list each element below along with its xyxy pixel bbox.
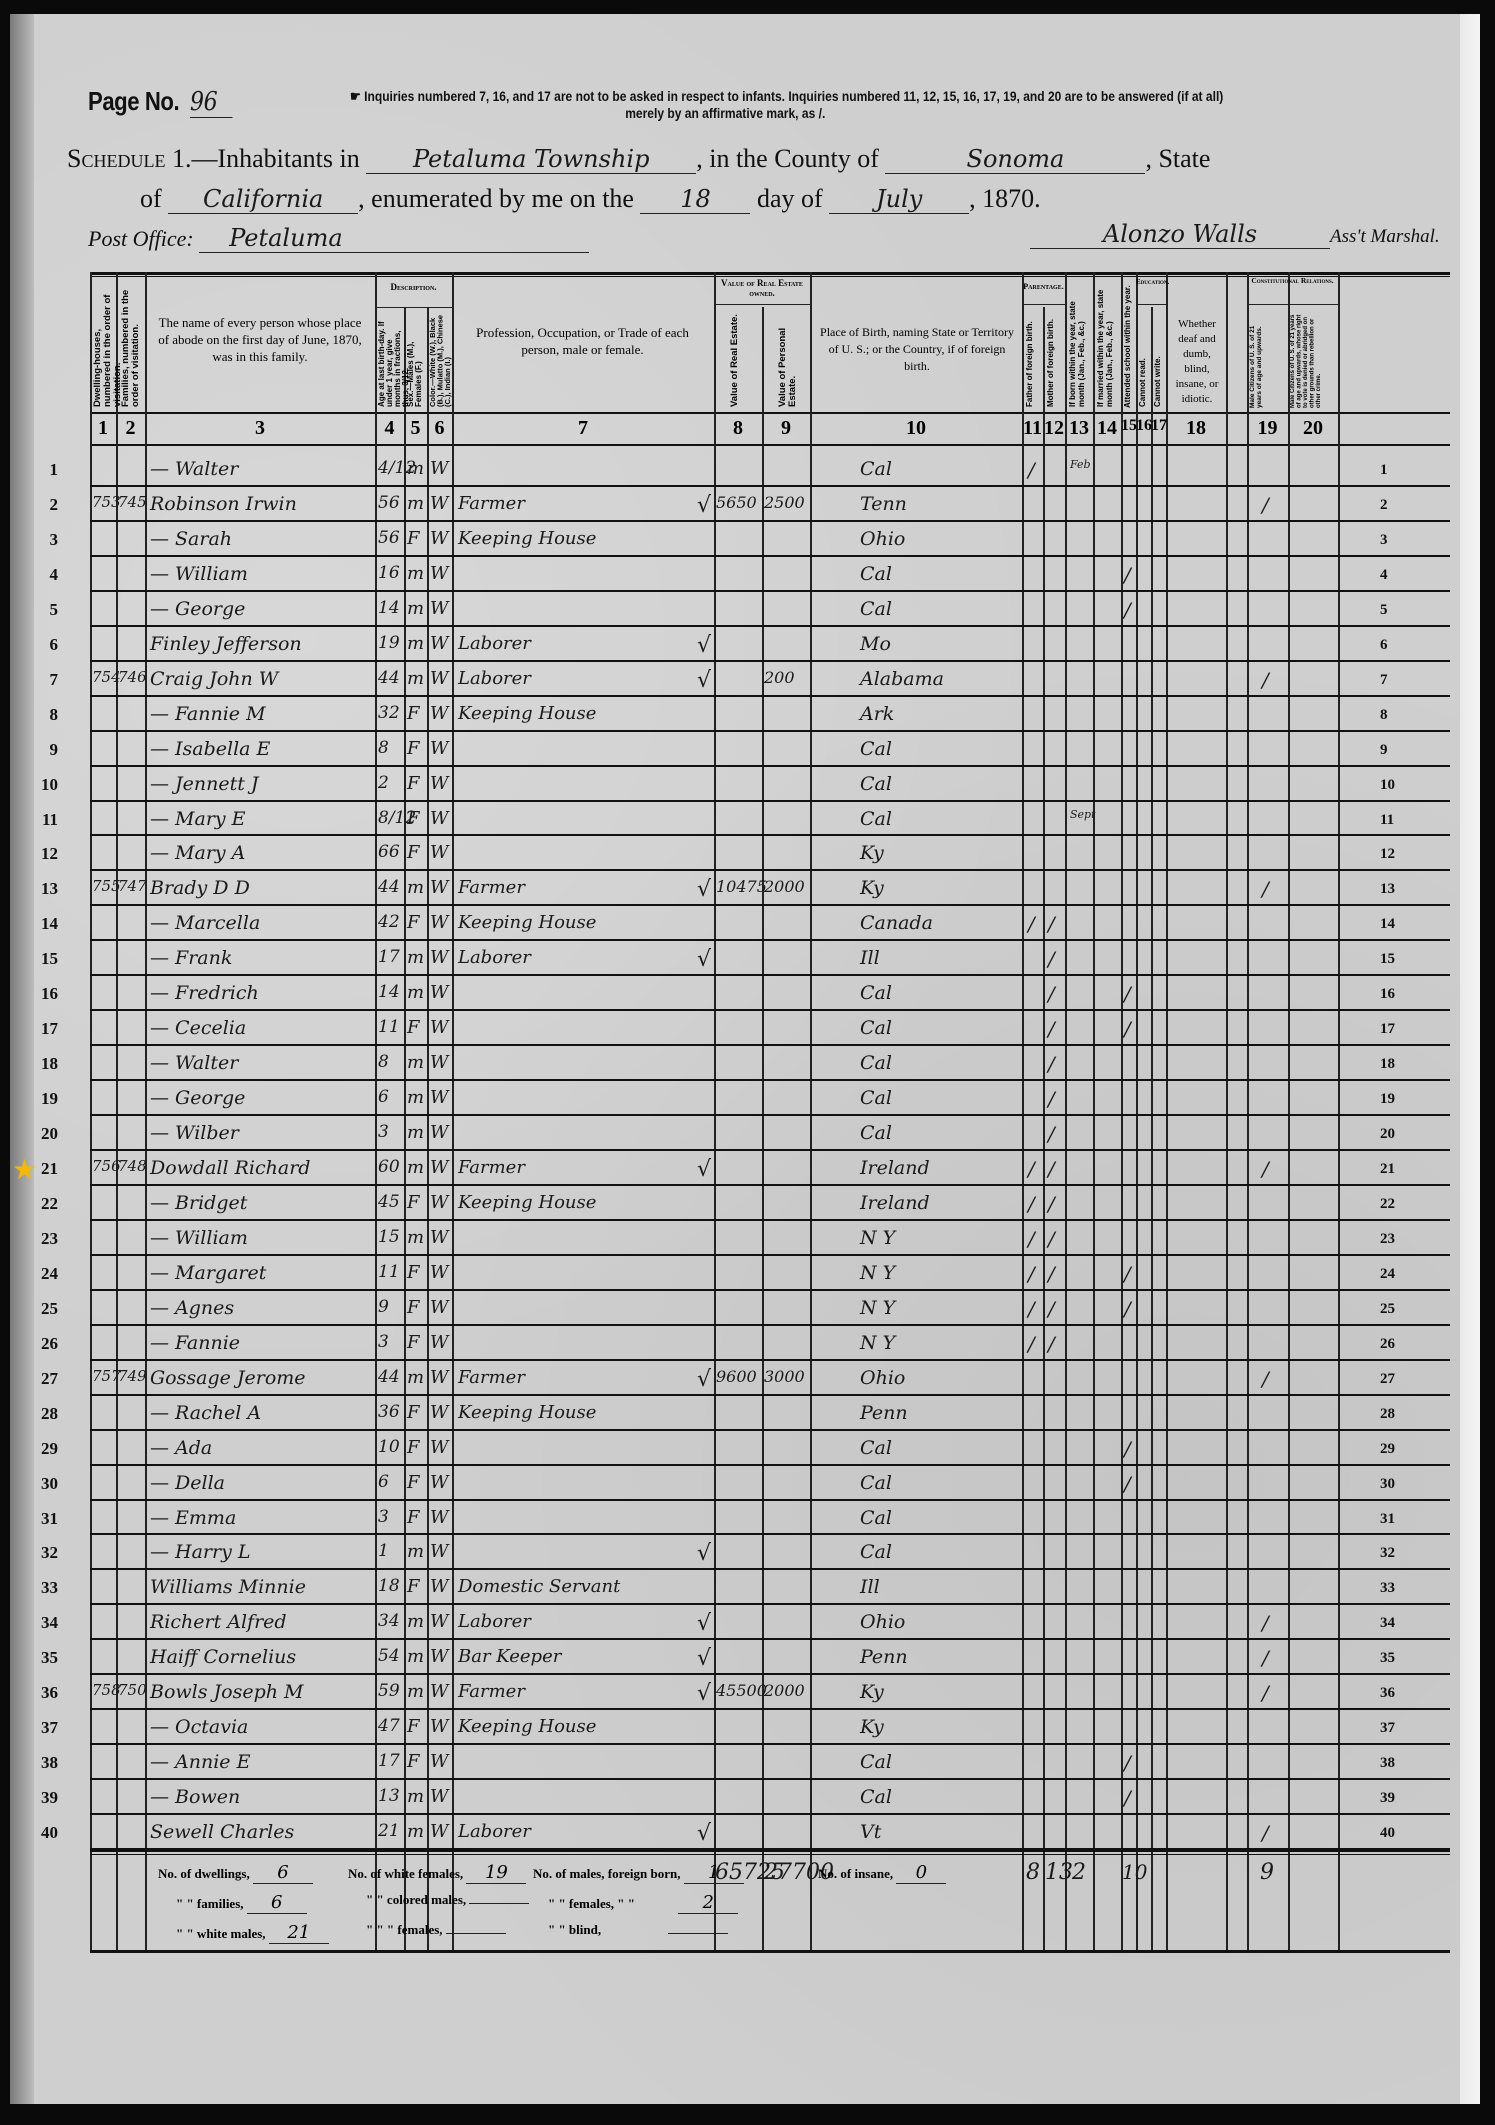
person-name: Gossage Jerome bbox=[150, 1367, 306, 1389]
age: 47 bbox=[378, 1716, 400, 1736]
age: 11 bbox=[378, 1262, 400, 1282]
row-rule bbox=[90, 1359, 1450, 1361]
place-of-birth: Ark bbox=[860, 703, 894, 725]
color: W bbox=[430, 1821, 449, 1842]
mother-foreign: / bbox=[1048, 1297, 1055, 1321]
sex: m bbox=[407, 1541, 424, 1562]
row-number-right: 22 bbox=[1380, 1196, 1410, 1213]
row-rule bbox=[90, 800, 1450, 802]
row-number-right: 33 bbox=[1380, 1580, 1410, 1597]
age: 11 bbox=[378, 1017, 400, 1037]
occupation: Keeping House bbox=[458, 528, 596, 549]
col8-header: Value of Real Estate. bbox=[730, 312, 750, 407]
summary-value: 0 bbox=[896, 1862, 946, 1884]
row-rule bbox=[90, 1499, 1450, 1501]
person-name: Dowdall Richard bbox=[150, 1157, 310, 1179]
sex: F bbox=[407, 1402, 420, 1423]
place-of-birth: N Y bbox=[860, 1227, 895, 1249]
personal-estate-value: 200 bbox=[764, 668, 795, 687]
row-rule bbox=[90, 939, 1450, 941]
col11-header: Father of foreign birth. bbox=[1025, 312, 1041, 407]
sex: F bbox=[407, 842, 420, 863]
summary-label: " " white males, bbox=[176, 1926, 266, 1941]
age: 3 bbox=[378, 1507, 389, 1527]
row-rule bbox=[90, 1394, 1450, 1396]
occupation-check: √ bbox=[697, 493, 711, 518]
age: 44 bbox=[378, 877, 400, 897]
row-number-right: 11 bbox=[1380, 812, 1410, 829]
person-name: — Marcella bbox=[150, 912, 260, 934]
row-number-left: 40 bbox=[28, 1823, 58, 1843]
color: W bbox=[430, 877, 449, 898]
row-number-right: 39 bbox=[1380, 1790, 1410, 1807]
sex: F bbox=[407, 738, 420, 759]
row-rule bbox=[90, 1778, 1450, 1780]
mother-foreign: / bbox=[1048, 1087, 1055, 1111]
place-of-birth: Penn bbox=[860, 1646, 908, 1668]
age: 42 bbox=[378, 912, 400, 932]
person-name: — Walter bbox=[150, 458, 238, 480]
person-name: — Cecelia bbox=[150, 1017, 246, 1039]
row-rule bbox=[90, 1254, 1450, 1256]
place-of-birth: Cal bbox=[860, 1472, 892, 1494]
age: 17 bbox=[378, 947, 400, 967]
person-name: Finley Jefferson bbox=[150, 633, 302, 655]
occupation: Laborer bbox=[458, 633, 531, 654]
occupation: Bar Keeper bbox=[458, 1646, 561, 1667]
occupation: Farmer bbox=[458, 1681, 525, 1702]
col1-header: Dwelling-houses, numbered in the order o… bbox=[93, 282, 115, 407]
color: W bbox=[430, 982, 449, 1003]
color: W bbox=[430, 493, 449, 514]
sex: F bbox=[407, 1297, 420, 1318]
person-name: — George bbox=[150, 598, 245, 620]
age: 56 bbox=[378, 528, 400, 548]
age: 18 bbox=[378, 1576, 400, 1596]
person-name: — Wilber bbox=[150, 1122, 239, 1144]
person-name: — Jennett J bbox=[150, 773, 259, 795]
colnum: 11 bbox=[1022, 417, 1043, 440]
attended-school: / bbox=[1124, 1262, 1131, 1286]
row-number-right: 38 bbox=[1380, 1755, 1410, 1772]
place-of-birth: Ill bbox=[860, 1576, 880, 1598]
row-rule bbox=[90, 1289, 1450, 1291]
summary-label: No. of white females, bbox=[348, 1866, 463, 1881]
place-of-birth: Cal bbox=[860, 1751, 892, 1773]
summary-label: " " families, bbox=[176, 1896, 244, 1911]
row-number-left: 13 bbox=[28, 879, 58, 899]
dwelling-number: 755 bbox=[92, 877, 121, 895]
color: W bbox=[430, 1297, 449, 1318]
sex: F bbox=[407, 1332, 420, 1353]
row-number-left: 37 bbox=[28, 1718, 58, 1738]
age: 10 bbox=[378, 1437, 400, 1457]
row-rule bbox=[90, 834, 1450, 836]
male-citizen: / bbox=[1262, 668, 1269, 692]
color: W bbox=[430, 703, 449, 724]
age: 19 bbox=[378, 633, 400, 653]
row-rule bbox=[90, 1324, 1450, 1326]
person-name: Brady D D bbox=[150, 877, 250, 899]
sex: F bbox=[407, 912, 420, 933]
place-of-birth: Ky bbox=[860, 1681, 884, 1703]
color: W bbox=[430, 598, 449, 619]
age: 36 bbox=[378, 1402, 400, 1422]
color: W bbox=[430, 1716, 449, 1737]
occupation: Farmer bbox=[458, 1367, 525, 1388]
place-of-birth: N Y bbox=[860, 1297, 895, 1319]
row-number-right: 25 bbox=[1380, 1301, 1410, 1318]
occupation: Farmer bbox=[458, 1157, 525, 1178]
sex: F bbox=[407, 1437, 420, 1458]
mother-foreign: / bbox=[1048, 1017, 1055, 1041]
total-col19: 9 bbox=[1260, 1860, 1274, 1885]
place-of-birth: Cal bbox=[860, 1087, 892, 1109]
row-number-left: 14 bbox=[28, 914, 58, 934]
col20-header: Male Citizens of U. S. of 21 years of ag… bbox=[1290, 308, 1336, 408]
summary-colored-females: " " " females, bbox=[366, 1922, 506, 1938]
row-number-right: 20 bbox=[1380, 1126, 1410, 1143]
col14-header: If married within the year, state month … bbox=[1096, 282, 1120, 407]
age: 60 bbox=[378, 1157, 400, 1177]
row-rule bbox=[90, 1079, 1450, 1081]
person-name: — Della bbox=[150, 1472, 225, 1494]
place-of-birth: Alabama bbox=[860, 668, 944, 690]
dwelling-number: 753 bbox=[92, 493, 121, 511]
row-number-left: 34 bbox=[28, 1613, 58, 1633]
mother-foreign: / bbox=[1048, 1332, 1055, 1356]
family-number: 745 bbox=[118, 493, 147, 511]
place-of-birth: Ky bbox=[860, 1716, 884, 1738]
person-name: Robinson Irwin bbox=[150, 493, 297, 515]
person-name: — William bbox=[150, 1227, 248, 1249]
row-rule bbox=[90, 625, 1450, 627]
post-office-field: Petaluma bbox=[199, 224, 589, 253]
person-name: — Agnes bbox=[150, 1297, 234, 1319]
occupation-check: √ bbox=[697, 1541, 711, 1566]
place-of-birth: Cal bbox=[860, 738, 892, 760]
col18-header: Whether deaf and dumb, blind, insane, or… bbox=[1170, 317, 1224, 407]
summary-colored-males: " " colored males, bbox=[366, 1892, 529, 1908]
month-field: July bbox=[829, 185, 969, 214]
row-number-left: 12 bbox=[28, 844, 58, 864]
summary-white-females: No. of white females, 19 bbox=[348, 1862, 526, 1884]
row-number-left: 18 bbox=[28, 1054, 58, 1074]
sex: m bbox=[407, 1052, 424, 1073]
row-number-left: 38 bbox=[28, 1753, 58, 1773]
row-rule bbox=[90, 1603, 1450, 1605]
row-rule bbox=[90, 1673, 1450, 1675]
color: W bbox=[430, 1087, 449, 1108]
place-of-birth: Cal bbox=[860, 1541, 892, 1563]
total-col15: 10 bbox=[1122, 1860, 1147, 1884]
place-of-birth: Mo bbox=[860, 633, 891, 655]
place-of-birth: Cal bbox=[860, 458, 892, 480]
sex: F bbox=[407, 1017, 420, 1038]
age: 13 bbox=[378, 1786, 400, 1806]
instructions-line-1: Inquiries numbered 7, 16, and 17 are not… bbox=[364, 88, 1223, 104]
row-number-left: 35 bbox=[28, 1648, 58, 1668]
place-of-birth: Ill bbox=[860, 947, 880, 969]
sex: F bbox=[407, 1262, 420, 1283]
marshal-line: Alonzo WallsAss't Marshal. bbox=[1030, 220, 1440, 249]
row-rule bbox=[90, 974, 1450, 976]
col16-header: Cannot read. bbox=[1138, 312, 1150, 407]
col7-header: Profession, Occupation, or Trade of each… bbox=[470, 324, 695, 358]
male-citizen: / bbox=[1262, 1646, 1269, 1670]
colnum: 3 bbox=[145, 417, 375, 440]
summary-value: 6 bbox=[247, 1892, 307, 1914]
row-number-left: 2 bbox=[28, 495, 58, 515]
row-number-right: 35 bbox=[1380, 1650, 1410, 1667]
marshal-signature: Alonzo Walls bbox=[1030, 220, 1330, 249]
color: W bbox=[430, 1052, 449, 1073]
color: W bbox=[430, 1262, 449, 1283]
sex: F bbox=[407, 1507, 420, 1528]
occupation-check: √ bbox=[697, 1821, 711, 1846]
age: 44 bbox=[378, 1367, 400, 1387]
summary-label: " " females, " " bbox=[548, 1896, 635, 1911]
color: W bbox=[430, 1157, 449, 1178]
age: 66 bbox=[378, 842, 400, 862]
row-number-left: 27 bbox=[28, 1369, 58, 1389]
color: W bbox=[430, 563, 449, 584]
family-number: 747 bbox=[118, 877, 147, 895]
summary-insane: No. of insane, 0 bbox=[818, 1862, 946, 1884]
age: 45 bbox=[378, 1192, 400, 1212]
colnum: 12 bbox=[1043, 417, 1065, 440]
occupation: Domestic Servant bbox=[458, 1576, 620, 1597]
place-of-birth: Cal bbox=[860, 598, 892, 620]
row-number-left: 9 bbox=[28, 740, 58, 760]
color: W bbox=[430, 842, 449, 863]
father-foreign: / bbox=[1028, 1227, 1035, 1251]
place-of-birth: Ky bbox=[860, 877, 884, 899]
person-name: — Walter bbox=[150, 1052, 238, 1074]
row-number-right: 8 bbox=[1380, 707, 1410, 724]
occupation: Laborer bbox=[458, 1821, 531, 1842]
row-number-right: 13 bbox=[1380, 881, 1410, 898]
male-citizen: / bbox=[1262, 1681, 1269, 1705]
row-number-left: 22 bbox=[28, 1194, 58, 1214]
row-number-right: 10 bbox=[1380, 777, 1410, 794]
color: W bbox=[430, 912, 449, 933]
schedule-label: Schedule 1. bbox=[67, 144, 191, 173]
occupation: Farmer bbox=[458, 877, 525, 898]
place-of-birth: Cal bbox=[860, 982, 892, 1004]
total-col11: 8 bbox=[1026, 1860, 1040, 1885]
row-number-right: 27 bbox=[1380, 1371, 1410, 1388]
person-name: — Octavia bbox=[150, 1716, 248, 1738]
summary-label: No. of dwellings, bbox=[158, 1866, 250, 1881]
age: 3 bbox=[378, 1332, 389, 1352]
row-rule bbox=[90, 1813, 1450, 1815]
summary-dwellings: No. of dwellings, 6 bbox=[158, 1862, 313, 1884]
color: W bbox=[430, 947, 449, 968]
occupation-check: √ bbox=[697, 1367, 711, 1392]
row-number-right: 26 bbox=[1380, 1336, 1410, 1353]
person-name: — Sarah bbox=[150, 528, 232, 550]
col3-header: The name of every person whose place of … bbox=[155, 314, 365, 365]
place-of-birth: Cal bbox=[860, 1507, 892, 1529]
occupation-check: √ bbox=[697, 1646, 711, 1671]
colnum: 6 bbox=[427, 417, 452, 440]
row-rule bbox=[90, 555, 1450, 557]
occupation: Laborer bbox=[458, 1611, 531, 1632]
occupation-check: √ bbox=[697, 1611, 711, 1636]
row-number-left: 6 bbox=[28, 635, 58, 655]
age: 6 bbox=[378, 1087, 389, 1107]
male-citizen: / bbox=[1262, 1821, 1269, 1845]
summary-label: " " colored males, bbox=[366, 1892, 466, 1907]
mother-foreign: / bbox=[1048, 1157, 1055, 1181]
row-number-left: 23 bbox=[28, 1229, 58, 1249]
description-group-header: Description. bbox=[375, 282, 452, 292]
occupation: Keeping House bbox=[458, 703, 596, 724]
col15-header: Attended school within the year. bbox=[1123, 278, 1135, 408]
total-col13: 2 bbox=[1072, 1860, 1086, 1885]
age: 34 bbox=[378, 1611, 400, 1631]
colnum: 16 bbox=[1136, 417, 1151, 435]
colnum: 9 bbox=[762, 417, 810, 440]
col13-header: If born within the year, state month (Ja… bbox=[1068, 282, 1092, 407]
row-number-right: 7 bbox=[1380, 672, 1410, 689]
place-of-birth: Ky bbox=[860, 842, 884, 864]
sex: m bbox=[407, 668, 424, 689]
color: W bbox=[430, 1017, 449, 1038]
instructions: ☛ Inquiries numbered 7, 16, and 17 are n… bbox=[350, 88, 1296, 122]
col19-header: Male Citizens of U. S. of 21 years of ag… bbox=[1249, 308, 1287, 408]
place-of-birth: Canada bbox=[860, 912, 933, 934]
total-col12: 13 bbox=[1045, 1860, 1073, 1885]
colnum: 18 bbox=[1166, 417, 1226, 440]
occupation: Farmer bbox=[458, 493, 525, 514]
color: W bbox=[430, 1402, 449, 1423]
place-of-birth: Vt bbox=[860, 1821, 881, 1843]
occupation-check: √ bbox=[697, 877, 711, 902]
summary-label: " " " females, bbox=[366, 1922, 443, 1937]
row-number-right: 40 bbox=[1380, 1825, 1410, 1842]
attended-school: / bbox=[1124, 1437, 1131, 1461]
row-rule bbox=[90, 485, 1450, 487]
place-of-birth: N Y bbox=[860, 1332, 895, 1354]
color: W bbox=[430, 773, 449, 794]
occupation-check: √ bbox=[697, 1157, 711, 1182]
colnum: 19 bbox=[1247, 417, 1288, 440]
colnum: 7 bbox=[452, 417, 714, 440]
age: 21 bbox=[378, 1821, 400, 1841]
sex: m bbox=[407, 1821, 424, 1842]
place-of-birth: Cal bbox=[860, 1786, 892, 1808]
occupation-check: √ bbox=[697, 947, 711, 972]
occupation-check: √ bbox=[697, 668, 711, 693]
sex: m bbox=[407, 1227, 424, 1248]
row-rule bbox=[90, 1708, 1450, 1710]
personal-estate-value: 2000 bbox=[764, 877, 805, 896]
sex: m bbox=[407, 493, 424, 514]
occupation: Keeping House bbox=[458, 1716, 596, 1737]
mother-foreign: / bbox=[1048, 1262, 1055, 1286]
age: 15 bbox=[378, 1227, 400, 1247]
row-number-left: 19 bbox=[28, 1089, 58, 1109]
row-rule bbox=[90, 765, 1450, 767]
row-number-right: 2 bbox=[1380, 497, 1410, 514]
of-label: of bbox=[140, 184, 162, 213]
row-rule bbox=[90, 660, 1450, 662]
mother-foreign: / bbox=[1048, 947, 1055, 971]
sex: F bbox=[407, 1751, 420, 1772]
row-number-left: 29 bbox=[28, 1439, 58, 1459]
family-number: 749 bbox=[118, 1367, 147, 1385]
family-number: 750 bbox=[118, 1681, 147, 1699]
age: 1 bbox=[378, 1541, 389, 1561]
color: W bbox=[430, 1367, 449, 1388]
color: W bbox=[430, 528, 449, 549]
place-of-birth: Ohio bbox=[860, 1367, 905, 1389]
color: W bbox=[430, 633, 449, 654]
summary-value: 2 bbox=[678, 1892, 738, 1914]
place-of-birth: Cal bbox=[860, 1052, 892, 1074]
row-number-right: 30 bbox=[1380, 1476, 1410, 1493]
col10-header: Place of Birth, naming State or Territor… bbox=[818, 324, 1016, 375]
place-of-birth: Cal bbox=[860, 1017, 892, 1039]
mother-foreign: / bbox=[1048, 982, 1055, 1006]
county-label: , in the County of bbox=[696, 144, 879, 173]
page-edge-right bbox=[1460, 14, 1480, 2104]
born-within-year: Sept bbox=[1070, 808, 1096, 821]
enumerated-label: , enumerated by me on the bbox=[358, 184, 634, 213]
dwelling-number: 756 bbox=[92, 1157, 121, 1175]
attended-school: / bbox=[1124, 1751, 1131, 1775]
occupation: Laborer bbox=[458, 947, 531, 968]
age: 8 bbox=[378, 738, 389, 758]
colnum: 5 bbox=[404, 417, 427, 440]
color: W bbox=[430, 458, 449, 479]
summary-label: No. of males, foreign born, bbox=[533, 1866, 680, 1881]
colnum: 17 bbox=[1151, 417, 1166, 435]
row-number-left: 30 bbox=[28, 1474, 58, 1494]
age: 2 bbox=[378, 773, 389, 793]
row-number-right: 9 bbox=[1380, 742, 1410, 759]
colnum: 4 bbox=[375, 417, 404, 440]
person-name: — Ada bbox=[150, 1437, 212, 1459]
row-number-right: 14 bbox=[1380, 916, 1410, 933]
value-group-header: Value of Real Estate owned. bbox=[714, 278, 810, 298]
age: 8 bbox=[378, 1052, 389, 1072]
summary-white-males: " " white males, 21 bbox=[176, 1922, 329, 1944]
age: 16 bbox=[378, 563, 400, 583]
row-number-right: 32 bbox=[1380, 1545, 1410, 1562]
row-number-left: 3 bbox=[28, 530, 58, 550]
sex: m bbox=[407, 1122, 424, 1143]
place-of-birth: Ohio bbox=[860, 528, 905, 550]
person-name: — Fannie M bbox=[150, 703, 266, 725]
summary-value: 6 bbox=[253, 1862, 313, 1884]
color: W bbox=[430, 1646, 449, 1667]
personal-estate-value: 2000 bbox=[764, 1681, 805, 1700]
inhabitants-label: —Inhabitants in bbox=[191, 144, 359, 173]
color: W bbox=[430, 1751, 449, 1772]
person-name: Haiff Cornelius bbox=[150, 1646, 296, 1668]
post-office-label: Post Office: bbox=[88, 226, 194, 251]
age: 54 bbox=[378, 1646, 400, 1666]
sex: m bbox=[407, 1681, 424, 1702]
color: W bbox=[430, 1192, 449, 1213]
color: W bbox=[430, 1332, 449, 1353]
page-number-label: Page No. 96 bbox=[88, 86, 232, 118]
row-number-right: 1 bbox=[1380, 462, 1410, 479]
page-number: 96 bbox=[190, 87, 233, 118]
